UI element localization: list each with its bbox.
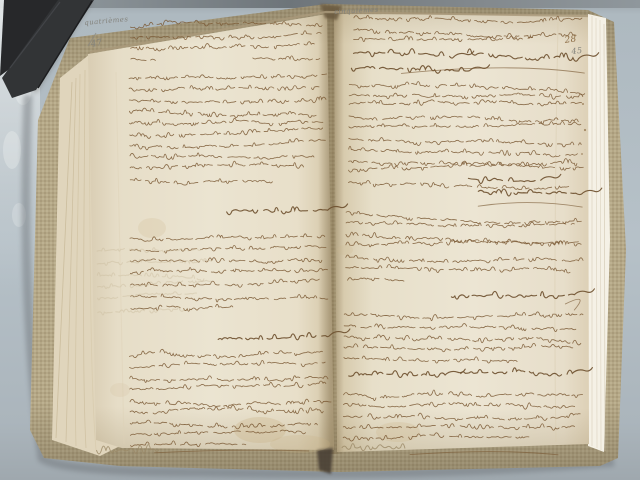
folio-number-left-pencil: 47 <box>90 38 103 50</box>
gutter <box>317 4 344 474</box>
right-page <box>334 14 589 452</box>
manuscript-photo: quatrièmes 47 cinquièmes 28 45 <box>0 0 640 480</box>
folio-number-right-pencil: 45 <box>571 46 583 56</box>
folio-number-right-ink: 28 <box>564 34 577 46</box>
scene-canvas <box>0 0 640 480</box>
